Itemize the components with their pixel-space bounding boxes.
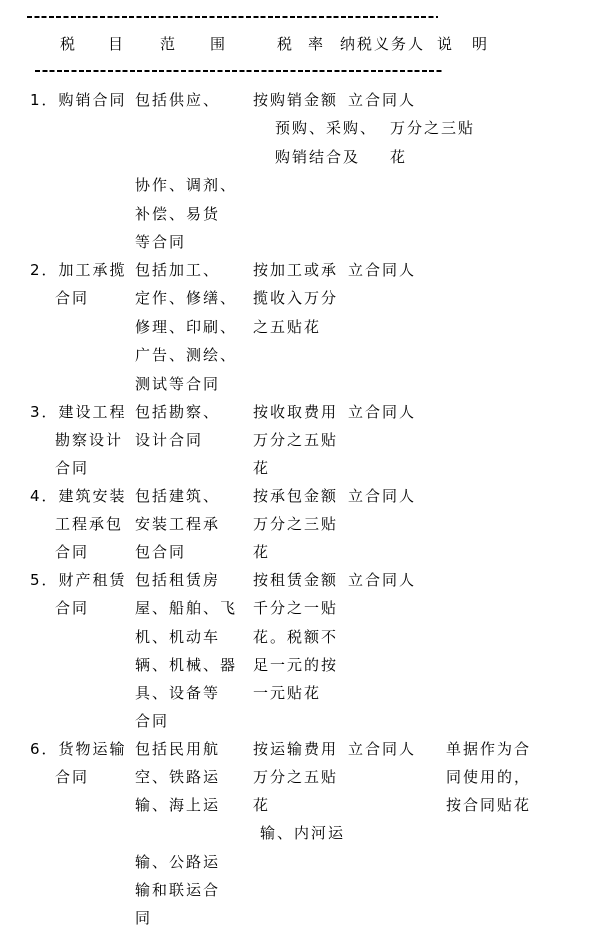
row-4-item-text: 工程承包 <box>55 516 123 532</box>
row-1-rate-text: 万分之三贴 <box>390 120 475 136</box>
row-1-scope-text: 预购、采购、 <box>275 120 377 136</box>
row-4-rate-text: 万分之三贴 <box>253 516 338 532</box>
row-2-rate-text: 按加工或承 <box>253 262 338 278</box>
row-6-rate-text: 花 <box>253 797 270 813</box>
row-4-scope-text: 包合同 <box>135 544 186 560</box>
row-5-rate-text: 千分之一贴 <box>253 600 338 616</box>
row-5-scope-text: 合同 <box>135 713 169 729</box>
row-3-item-text: 合同 <box>55 460 89 476</box>
column-header-notes-2: 明 <box>472 36 489 52</box>
row-1-scope-text: 包括供应、 <box>135 92 220 108</box>
row-5-taxpayer-text: 立合同人 <box>348 572 416 588</box>
row-6-scope-text: 空、铁路运 <box>135 769 220 785</box>
row-2-rate-text: 之五贴花 <box>253 319 321 335</box>
row-5-rate-text: 足一元的按 <box>253 657 338 673</box>
row-6-rate-text: 按运输费用 <box>253 741 338 757</box>
row-2-scope-text: 修理、印刷、 <box>135 319 237 335</box>
row-1-scope-text: 购销结合及 <box>275 149 360 165</box>
row-2-scope-text: 定作、修缮、 <box>135 290 237 306</box>
row-5-item-text: 5．财产租赁 <box>30 572 127 588</box>
column-header-scope-2: 围 <box>210 36 227 52</box>
row-4-item-text: 合同 <box>55 544 89 560</box>
row-5-scope-text: 屋、船舶、飞 <box>135 600 237 616</box>
row-2-taxpayer-text: 立合同人 <box>348 262 416 278</box>
row-6-note-text: 同使用的， <box>446 769 531 785</box>
row-4-scope-text: 安装工程承 <box>135 516 220 532</box>
row-1-scope-text: 补偿、易货 <box>135 206 220 222</box>
column-header-taxitem-1: 税 <box>60 36 77 52</box>
column-header-rate-1: 税 <box>277 36 294 52</box>
row-4-scope-text: 包括建筑、 <box>135 488 220 504</box>
row-5-rate-text: 一元贴花 <box>253 685 321 701</box>
row-3-scope-text: 包括勘察、 <box>135 404 220 420</box>
column-header-taxpayer: 纳税义务人 <box>340 36 425 52</box>
row-5-item-text: 合同 <box>55 600 89 616</box>
row-1-taxpayer-text: 立合同人 <box>348 92 416 108</box>
row-6-scope-text: 输和联运合 <box>135 882 220 898</box>
row-2-item-text: 2．加工承揽 <box>30 262 127 278</box>
document-page: 税 目 范 围 税 率 纳税义务人 说 明 1．购销合同包括供应、按购销金额立合… <box>0 0 592 930</box>
row-6-scope-text: 输、公路运 <box>135 854 220 870</box>
row-2-scope-text: 广告、测绘、 <box>135 347 237 363</box>
row-5-rate-text: 按租赁金额 <box>253 572 338 588</box>
row-2-scope-text: 测试等合同 <box>135 376 220 392</box>
dashed-separator-top <box>27 16 438 18</box>
row-6-note-text: 单据作为合 <box>446 741 531 757</box>
row-2-rate-text: 揽收入万分 <box>253 290 338 306</box>
row-6-note-text: 按合同贴花 <box>446 797 531 813</box>
row-1-item-text: 1．购销合同 <box>30 92 127 108</box>
row-6-scope-text: 输、内河运 <box>260 825 345 841</box>
row-5-rate-text: 花。税额不 <box>253 629 338 645</box>
column-header-taxitem-2: 目 <box>108 36 125 52</box>
row-3-rate-text: 万分之五贴 <box>253 432 338 448</box>
column-header-notes-1: 说 <box>437 36 454 52</box>
row-5-scope-text: 辆、机械、器 <box>135 657 237 673</box>
row-6-taxpayer-text: 立合同人 <box>348 741 416 757</box>
row-1-scope-text: 等合同 <box>135 234 186 250</box>
row-4-rate-text: 按承包金额 <box>253 488 338 504</box>
column-header-rate-2: 率 <box>308 36 325 52</box>
row-3-taxpayer-text: 立合同人 <box>348 404 416 420</box>
row-2-scope-text: 包括加工、 <box>135 262 220 278</box>
row-2-item-text: 合同 <box>55 290 89 306</box>
row-4-rate-text: 花 <box>253 544 270 560</box>
row-3-item-text: 3．建设工程 <box>30 404 127 420</box>
row-3-rate-text: 按收取费用 <box>253 404 338 420</box>
row-5-scope-text: 具、设备等 <box>135 685 220 701</box>
row-6-scope-text: 输、海上运 <box>135 797 220 813</box>
row-6-item-text: 6．货物运输 <box>30 741 127 757</box>
row-4-item-text: 4．建筑安装 <box>30 488 127 504</box>
row-6-scope-text: 包括民用航 <box>135 741 220 757</box>
row-1-scope-text: 协作、调剂、 <box>135 177 237 193</box>
row-6-scope-text: 同 <box>135 910 152 926</box>
row-3-rate-text: 花 <box>253 460 270 476</box>
row-4-taxpayer-text: 立合同人 <box>348 488 416 504</box>
row-3-item-text: 勘察设计 <box>55 432 123 448</box>
row-1-rate-text: 按购销金额 <box>253 92 338 108</box>
row-1-rate-text: 花 <box>390 149 407 165</box>
row-5-scope-text: 机、机动车 <box>135 629 220 645</box>
row-3-scope-text: 设计合同 <box>135 432 203 448</box>
dashed-separator-header-bottom <box>35 70 443 72</box>
column-header-scope-1: 范 <box>160 36 177 52</box>
row-6-rate-text: 万分之五贴 <box>253 769 338 785</box>
row-5-scope-text: 包括租赁房 <box>135 572 220 588</box>
row-6-item-text: 合同 <box>55 769 89 785</box>
